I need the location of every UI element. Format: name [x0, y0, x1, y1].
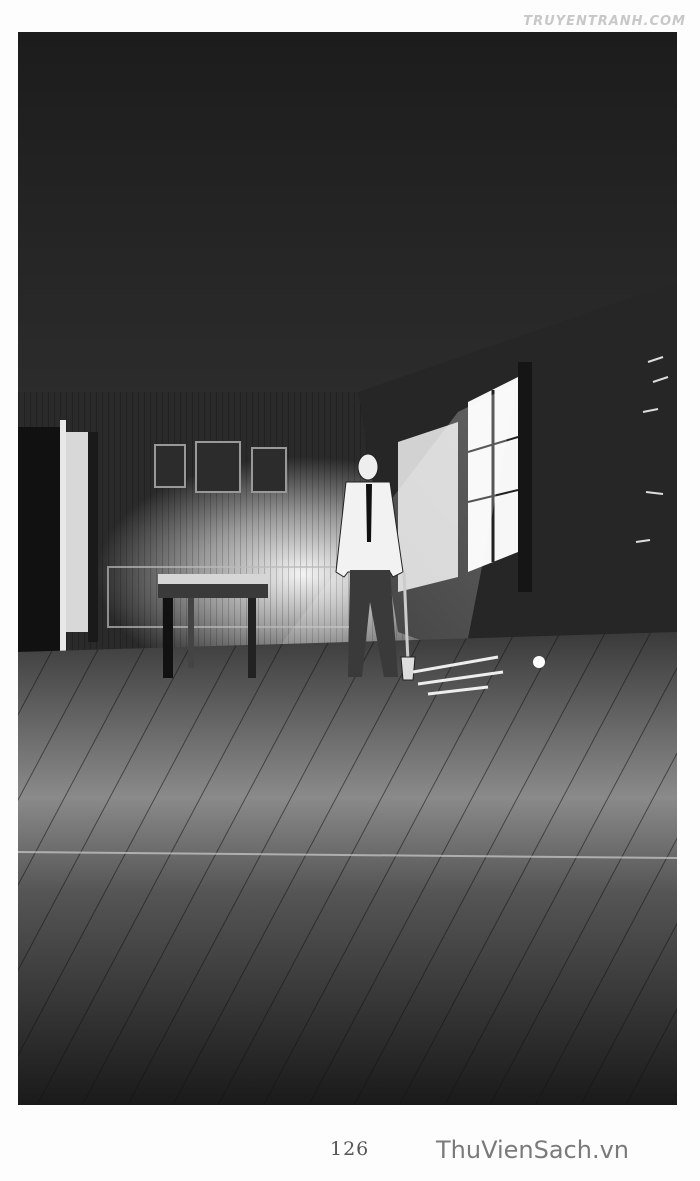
framed-picture-3 [252, 448, 286, 492]
room-scene [18, 32, 677, 1105]
ball [533, 656, 545, 668]
framed-picture-2 [196, 442, 240, 492]
manga-panel-illustration [18, 32, 677, 1105]
watermark-thuviensach: ThuVienSach.vn [436, 1136, 629, 1164]
open-door [18, 427, 60, 667]
page-number: 126 [330, 1138, 369, 1160]
framed-picture-1 [155, 445, 185, 487]
watermark-truyentranh: TRUYENTRANH.COM [523, 14, 686, 29]
